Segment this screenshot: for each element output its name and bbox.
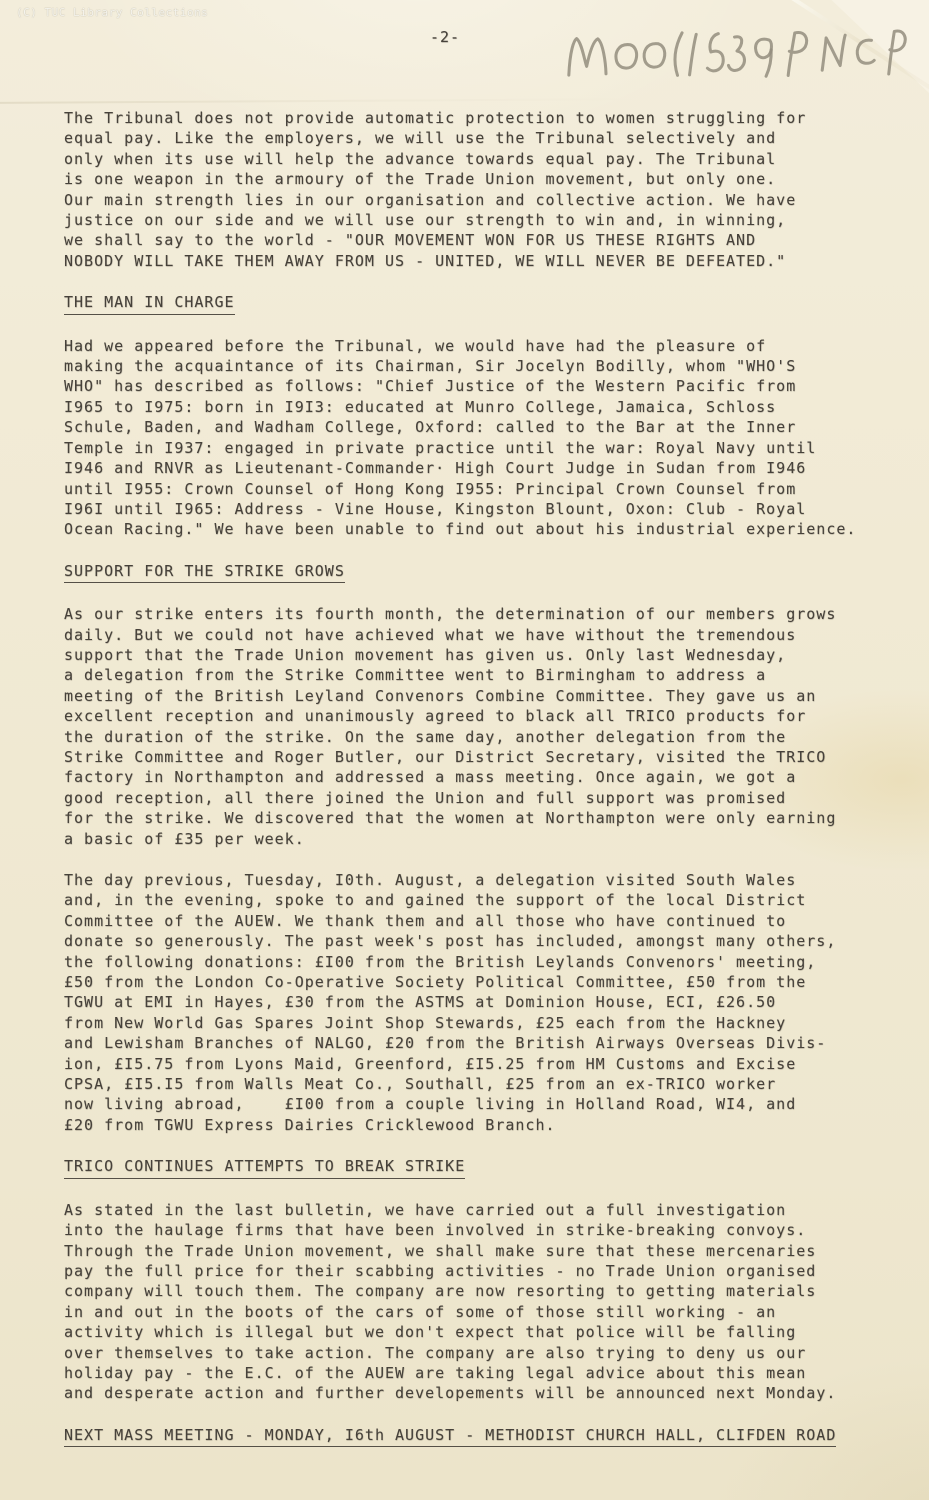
page-number: -2- [430,28,460,46]
body-paragraph: The day previous, Tuesday, I0th. August,… [64,870,875,1135]
body-paragraph: As our strike enters its fourth month, t… [64,604,875,849]
section-heading: THE MAN IN CHARGE [64,292,235,314]
footer-announcement: NEXT MASS MEETING - MONDAY, I6th AUGUST … [64,1425,836,1447]
body-paragraph: As stated in the last bulletin, we have … [64,1200,875,1404]
document-body: The Tribunal does not provide automatic … [64,108,875,1447]
body-paragraph: Had we appeared before the Tribunal, we … [64,336,875,540]
handwritten-reference-annotation [557,4,922,97]
section-heading: SUPPORT FOR THE STRIKE GROWS [64,561,345,583]
document-scan-page: (C) TUC Library Collections -2- The Trib… [0,0,929,1500]
pencil-scribble-icon [557,4,922,97]
body-paragraph: The Tribunal does not provide automatic … [64,108,875,271]
horizontal-crease [0,98,640,104]
section-heading: TRICO CONTINUES ATTEMPTS TO BREAK STRIKE [64,1156,465,1178]
library-watermark: (C) TUC Library Collections [16,6,208,19]
